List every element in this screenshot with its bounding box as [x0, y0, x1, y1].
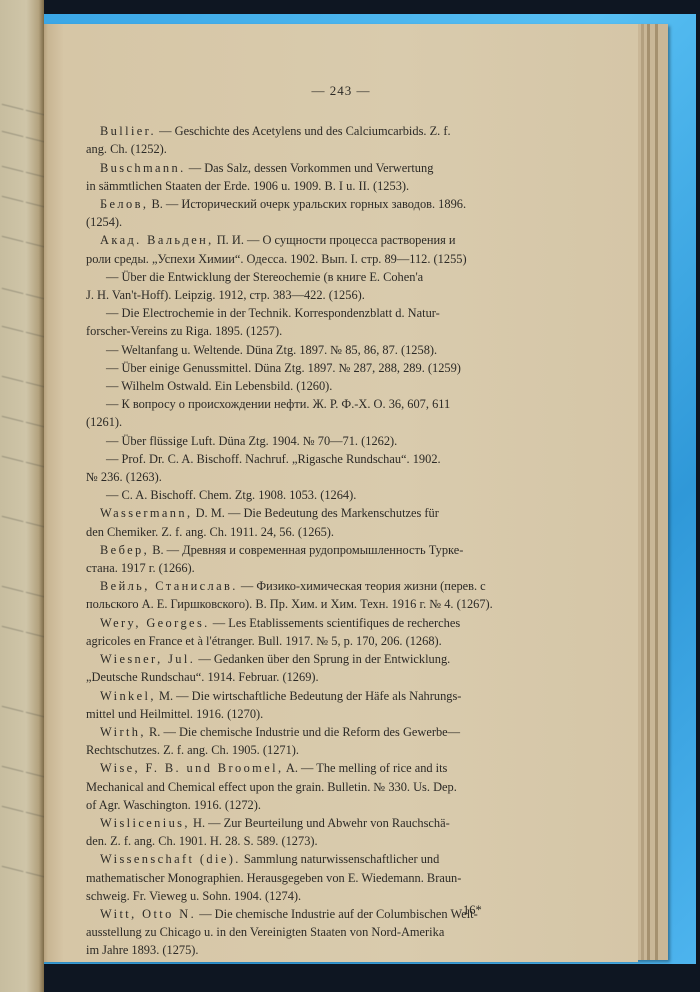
entry-title: — C. A. Bischoff. Chem. Ztg. 1908. 1053.…	[106, 488, 356, 502]
bibliography-entry: — C. A. Bischoff. Chem. Ztg. 1908. 1053.…	[86, 486, 616, 504]
bibliography-entry: Winkel, M. — Die wirtschaftliche Bedeutu…	[86, 687, 616, 723]
entry-title: — Über flüssige Luft. Düna Ztg. 1904. № …	[106, 434, 397, 448]
entry-first-line: — Über die Entwicklung der Stereochemie …	[86, 268, 616, 286]
entry-continuation: (1261).	[86, 413, 616, 431]
entry-continuation: польского А. Е. Гиршковского). В. Пр. Хи…	[86, 595, 616, 613]
entry-first-line: Wassermann, D. M. — Die Bedeutung des Ma…	[86, 504, 616, 522]
entry-author: Wirth,	[100, 725, 146, 739]
entry-first-line: — Die Electrochemie in der Technik. Korr…	[86, 304, 616, 322]
entry-first-line: — Über flüssige Luft. Düna Ztg. 1904. № …	[86, 432, 616, 450]
entry-continuation: ausstellung zu Chicago u. in den Vereini…	[86, 923, 616, 941]
bibliography-entry: — К вопросу о происхождении нефти. Ж. Р.…	[86, 395, 616, 431]
entry-title: — Les Etablissements scientifiques de re…	[210, 616, 460, 630]
entry-continuation: den. Z. f. ang. Ch. 1901. H. 28. S. 589.…	[86, 832, 616, 850]
entry-first-line: Акад. Вальден, П. И. — О сущности процес…	[86, 231, 616, 249]
entry-first-line: Witt, Otto N. — Die chemische Industrie …	[86, 905, 616, 923]
entry-first-line: Wery, Georges. — Les Etablissements scie…	[86, 614, 616, 632]
bibliography-entry: — Prof. Dr. C. A. Bischoff. Nachruf. „Ri…	[86, 450, 616, 486]
bibliography-entry: — Wilhelm Ostwald. Ein Lebensbild. (1260…	[86, 377, 616, 395]
entry-first-line: — Prof. Dr. C. A. Bischoff. Nachruf. „Ri…	[86, 450, 616, 468]
entry-first-line: Белов, В. — Исторический очерк уральских…	[86, 195, 616, 213]
entry-author: Bullier.	[100, 124, 156, 138]
entry-first-line: Вейль, Станислав. — Физико-химическая те…	[86, 577, 616, 595]
entry-continuation: „Deutsche Rundschau“. 1914. Februar. (12…	[86, 668, 616, 686]
entry-continuation: mittel und Heilmittel. 1916. (1270).	[86, 705, 616, 723]
entry-author: Wassermann,	[100, 506, 193, 520]
bibliography-entry: Bullier. — Geschichte des Acetylens und …	[86, 122, 616, 158]
page-edge	[655, 24, 658, 960]
entry-title: D. M. — Die Bedeutung des Markenschutzes…	[193, 506, 439, 520]
page-edge	[641, 24, 644, 960]
entry-author: Белов,	[100, 197, 148, 211]
entry-title: — К вопросу о происхождении нефти. Ж. Р.…	[106, 397, 450, 411]
entry-title: П. И. — О сущности процесса растворения …	[214, 233, 456, 247]
bibliography-entry: Wassermann, D. M. — Die Bedeutung des Ma…	[86, 504, 616, 540]
entry-title: R. — Die chemische Industrie und die Ref…	[146, 725, 460, 739]
entry-first-line: Buschmann. — Das Salz, dessen Vorkommen …	[86, 159, 616, 177]
entry-continuation: mathematischer Monographien. Herausgegeb…	[86, 869, 616, 887]
entry-title: H. — Zur Beurteilung und Abwehr von Rauc…	[190, 816, 450, 830]
entry-continuation: ang. Ch. (1252).	[86, 140, 616, 158]
entry-first-line: — Über einige Genussmittel. Düna Ztg. 18…	[86, 359, 616, 377]
entry-author: Wissenschaft (die).	[100, 852, 241, 866]
entry-continuation: agricoles en France et à l'étranger. Bul…	[86, 632, 616, 650]
entry-first-line: — Weltanfang u. Weltende. Düna Ztg. 1897…	[86, 341, 616, 359]
page-edge	[647, 24, 650, 960]
entry-continuation: роли среды. „Успехи Химии“. Одесса. 1902…	[86, 250, 616, 268]
entry-title: — Weltanfang u. Weltende. Düna Ztg. 1897…	[106, 343, 437, 357]
bibliography-entry: — Über einige Genussmittel. Düna Ztg. 18…	[86, 359, 616, 377]
entry-continuation: Mechanical and Chemical effect upon the …	[86, 778, 616, 796]
entry-first-line: Bullier. — Geschichte des Acetylens und …	[86, 122, 616, 140]
entry-first-line: Wiesner, Jul. — Gedanken über den Sprung…	[86, 650, 616, 668]
page-content: — 243 — Bullier. — Geschichte des Acetyl…	[86, 82, 616, 960]
entry-title: В. — Древняя и современная рудопромышлен…	[149, 543, 463, 557]
bibliography-entry: Wiesner, Jul. — Gedanken über den Sprung…	[86, 650, 616, 686]
entry-continuation: (1254).	[86, 213, 616, 231]
entry-continuation: den Chemiker. Z. f. ang. Ch. 1911. 24, 5…	[86, 523, 616, 541]
entry-continuation: Rechtschutzes. Z. f. ang. Ch. 1905. (127…	[86, 741, 616, 759]
bibliography-entry: Wislicenius, H. — Zur Beurteilung und Ab…	[86, 814, 616, 850]
entry-continuation: of Agr. Waschington. 1916. (1272).	[86, 796, 616, 814]
entry-continuation: forscher-Vereins zu Riga. 1895. (1257).	[86, 322, 616, 340]
bibliography-entry: Wise, F. B. und Broomel, A. — The mellin…	[86, 759, 616, 814]
entry-title: В. — Исторический очерк уральских горных…	[148, 197, 466, 211]
bibliography-entry: Вебер, В. — Древняя и современная рудопр…	[86, 541, 616, 577]
bibliography-entry: — Weltanfang u. Weltende. Düna Ztg. 1897…	[86, 341, 616, 359]
entry-title: — Wilhelm Ostwald. Ein Lebensbild. (1260…	[106, 379, 332, 393]
entry-first-line: — К вопросу о происхождении нефти. Ж. Р.…	[86, 395, 616, 413]
bibliography-entry: Wissenschaft (die). Sammlung naturwissen…	[86, 850, 616, 905]
entry-author: Вебер,	[100, 543, 149, 557]
entry-title: — Das Salz, dessen Vorkommen und Verwert…	[186, 161, 434, 175]
entry-continuation: стана. 1917 г. (1266).	[86, 559, 616, 577]
bibliography-entry: Buschmann. — Das Salz, dessen Vorkommen …	[86, 159, 616, 195]
bibliography-entry: Белов, В. — Исторический очерк уральских…	[86, 195, 616, 231]
bibliography-list: Bullier. — Geschichte des Acetylens und …	[86, 122, 616, 959]
entry-author: Wery, Georges.	[100, 616, 210, 630]
entry-first-line: Winkel, M. — Die wirtschaftliche Bedeutu…	[86, 687, 616, 705]
entry-continuation: im Jahre 1893. (1275).	[86, 941, 616, 959]
entry-author: Wise, F. B. und Broomel,	[100, 761, 283, 775]
bibliography-entry: — Die Electrochemie in der Technik. Korr…	[86, 304, 616, 340]
entry-author: Buschmann.	[100, 161, 186, 175]
entry-title: — Geschichte des Acetylens und des Calci…	[156, 124, 451, 138]
entry-continuation: J. H. Van't-Hoff). Leipzig. 1912, стр. 3…	[86, 286, 616, 304]
left-page-fragment: —— —— —— —— —— —— —— —— —— —— —— —— —— —…	[0, 0, 44, 992]
entry-first-line: Вебер, В. — Древняя и современная рудопр…	[86, 541, 616, 559]
signature-mark: 16*	[463, 903, 482, 918]
bibliography-entry: Witt, Otto N. — Die chemische Industrie …	[86, 905, 616, 960]
entry-author: Вейль, Станислав.	[100, 579, 238, 593]
entry-first-line: Wise, F. B. und Broomel, A. — The mellin…	[86, 759, 616, 777]
entry-author: Акад. Вальден,	[100, 233, 214, 247]
bibliography-entry: Акад. Вальден, П. И. — О сущности процес…	[86, 231, 616, 267]
entry-continuation: in sämmtlichen Staaten der Erde. 1906 u.…	[86, 177, 616, 195]
entry-first-line: Wirth, R. — Die chemische Industrie und …	[86, 723, 616, 741]
entry-title: — Die Electrochemie in der Technik. Korr…	[106, 306, 440, 320]
entry-first-line: — C. A. Bischoff. Chem. Ztg. 1908. 1053.…	[86, 486, 616, 504]
bibliography-entry: — Über die Entwicklung der Stereochemie …	[86, 268, 616, 304]
entry-title: — Prof. Dr. C. A. Bischoff. Nachruf. „Ri…	[106, 452, 441, 466]
entry-first-line: Wissenschaft (die). Sammlung naturwissen…	[86, 850, 616, 868]
entry-author: Wiesner, Jul.	[100, 652, 195, 666]
entry-title: M. — Die wirtschaftliche Bedeutung der H…	[156, 689, 462, 703]
entry-author: Wislicenius,	[100, 816, 190, 830]
bibliography-entry: Wirth, R. — Die chemische Industrie und …	[86, 723, 616, 759]
entry-title: — Über die Entwicklung der Stereochemie …	[106, 270, 423, 284]
entry-continuation: № 236. (1263).	[86, 468, 616, 486]
page-number: — 243 —	[66, 82, 616, 100]
bibliography-entry: — Über flüssige Luft. Düna Ztg. 1904. № …	[86, 432, 616, 450]
entry-title: A. — The melling of rice and its	[283, 761, 447, 775]
entry-title: — Gedanken über den Sprung in der Entwic…	[195, 652, 450, 666]
bibliography-entry: Вейль, Станислав. — Физико-химическая те…	[86, 577, 616, 613]
entry-author: Winkel,	[100, 689, 156, 703]
entry-first-line: — Wilhelm Ostwald. Ein Lebensbild. (1260…	[86, 377, 616, 395]
entry-title: — Über einige Genussmittel. Düna Ztg. 18…	[106, 361, 461, 375]
entry-author: Witt, Otto N.	[100, 907, 196, 921]
entry-continuation: schweig. Fr. Vieweg u. Sohn. 1904. (1274…	[86, 887, 616, 905]
entry-title: — Физико-химическая теория жизни (перев.…	[238, 579, 486, 593]
entry-title: Sammlung naturwissenschaftlicher und	[241, 852, 440, 866]
bibliography-entry: Wery, Georges. — Les Etablissements scie…	[86, 614, 616, 650]
entry-first-line: Wislicenius, H. — Zur Beurteilung und Ab…	[86, 814, 616, 832]
entry-title: — Die chemische Industrie auf der Columb…	[196, 907, 478, 921]
